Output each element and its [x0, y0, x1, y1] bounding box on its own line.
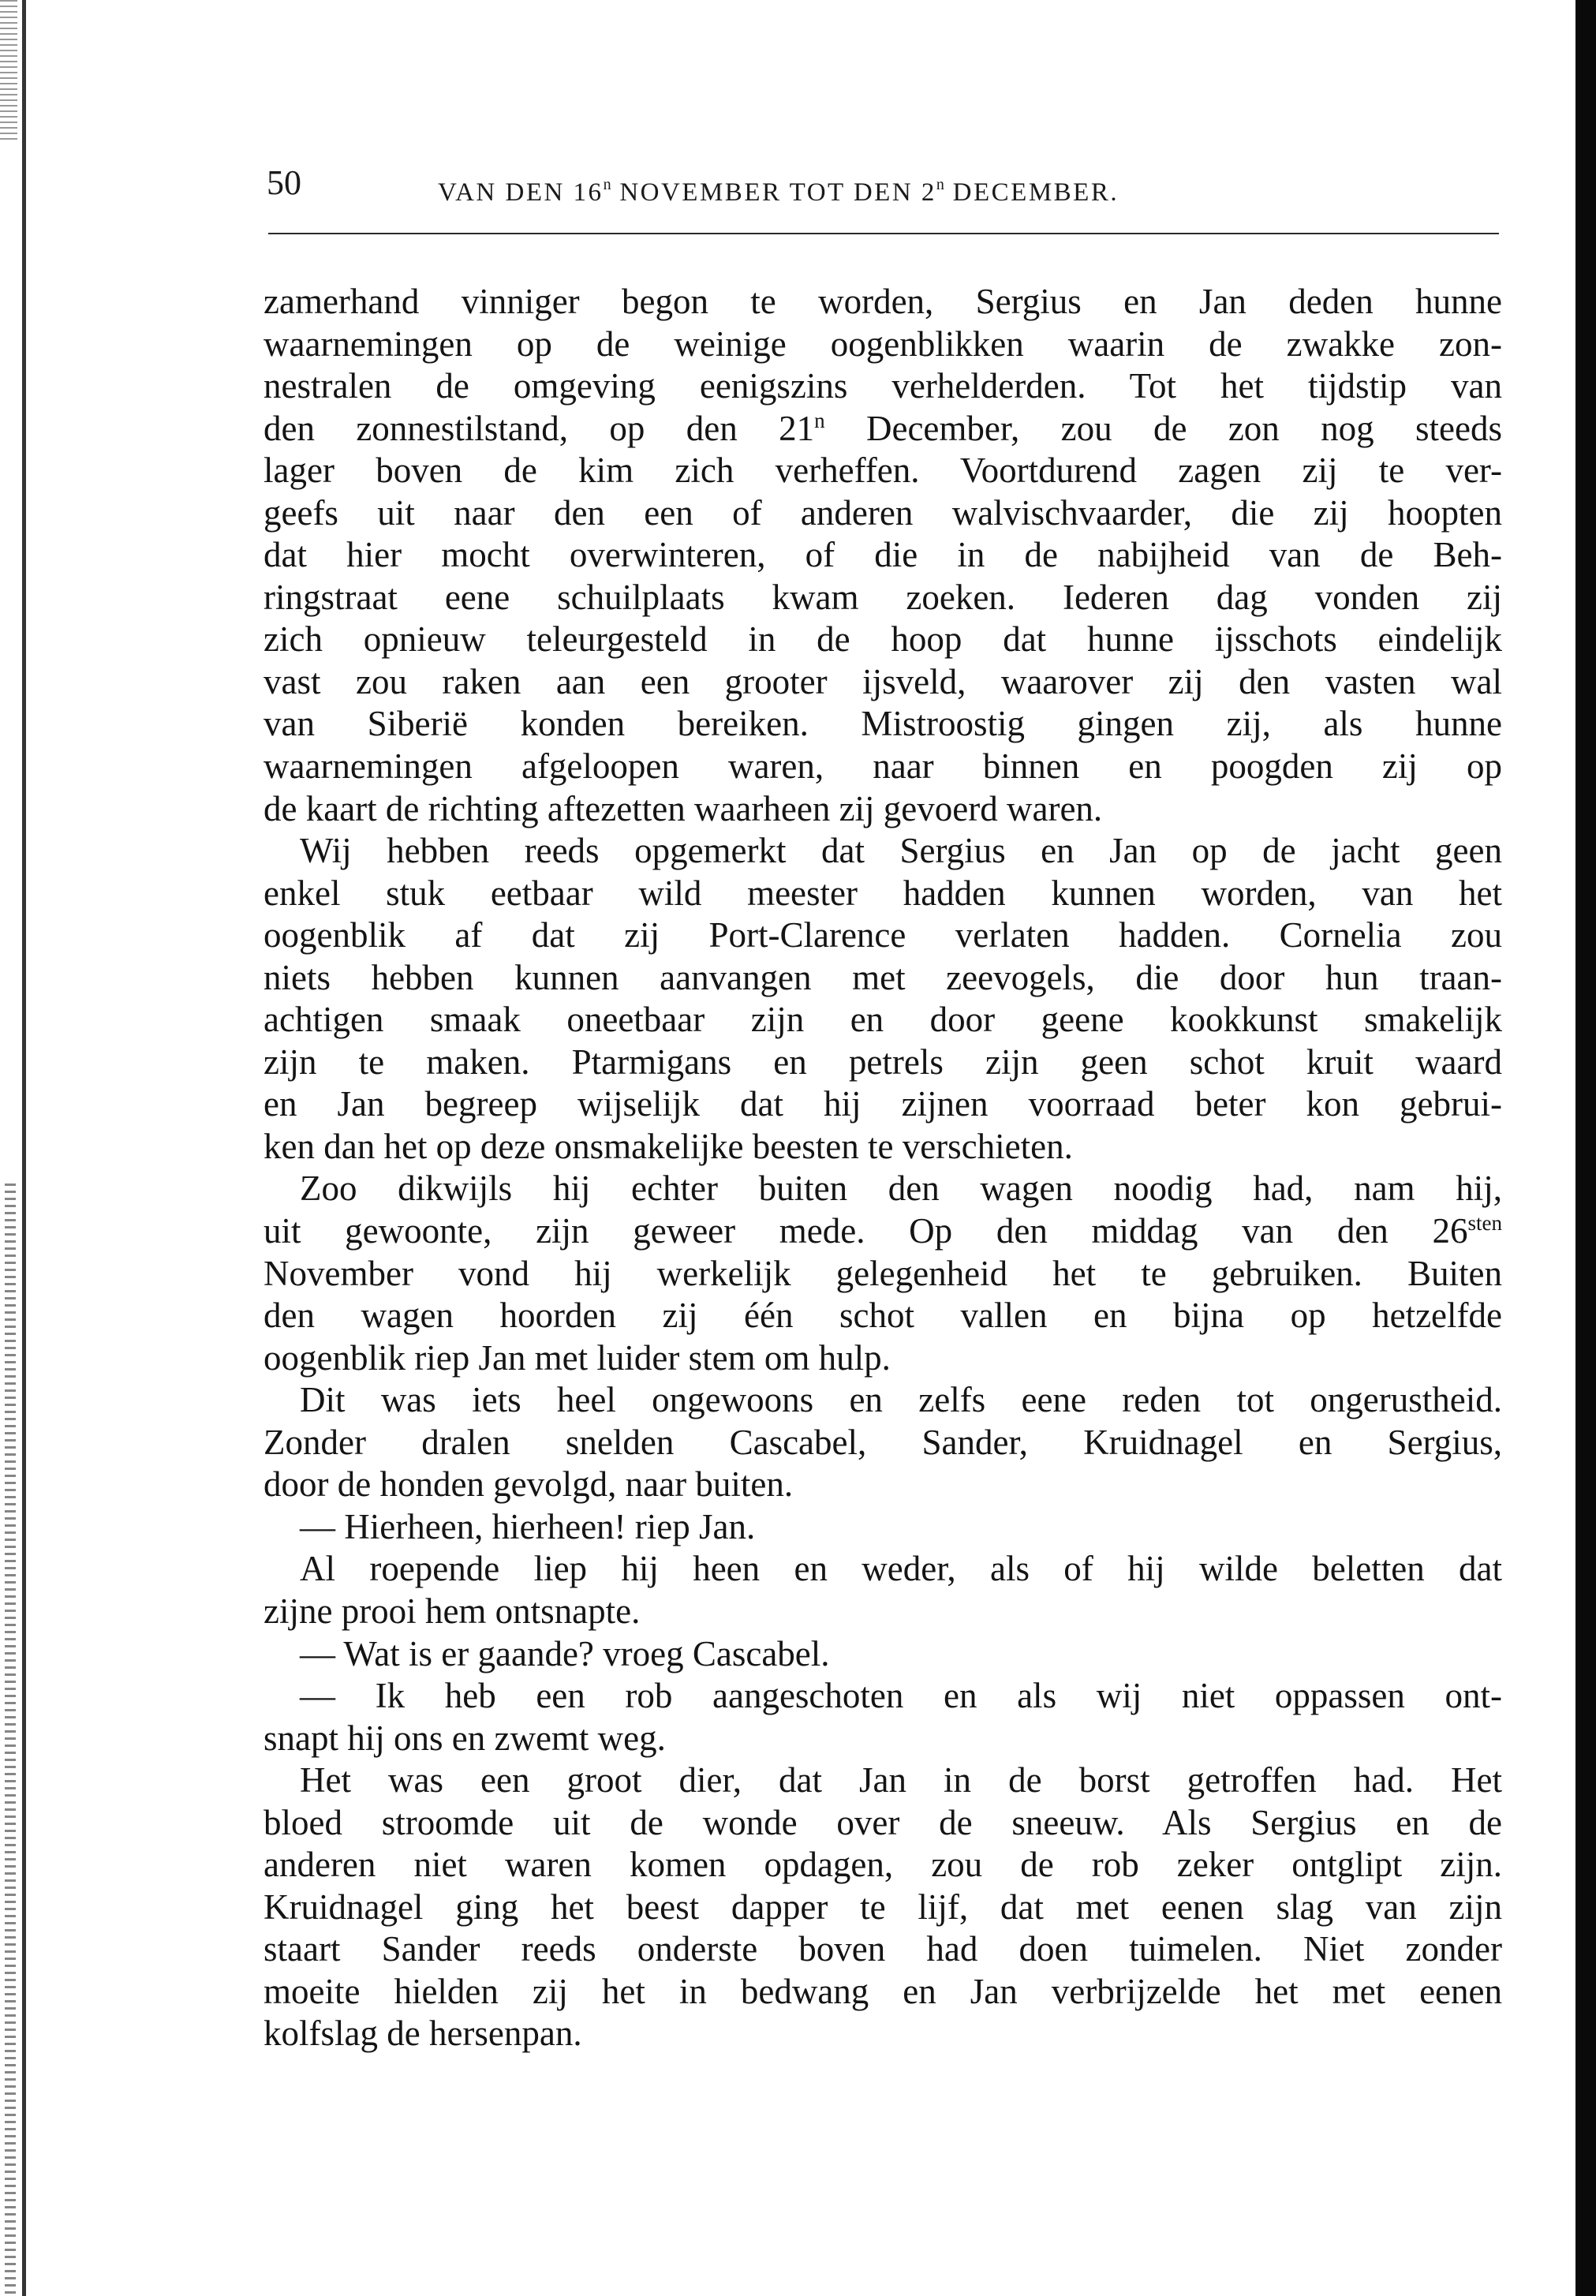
- text-line: — Wat is er gaande? vroeg Cascabel.: [264, 1633, 1502, 1676]
- text-line: Wij hebben reeds opgemerkt dat Sergius e…: [264, 830, 1502, 873]
- text-line: oogenblik af dat zij Port-Clarence verla…: [264, 914, 1502, 957]
- text-line: vast zou raken aan een grooter ijsveld, …: [264, 661, 1502, 704]
- text-line: anderen niet waren komen opdagen, zou de…: [264, 1844, 1502, 1887]
- running-title: VAN DEN 16n NOVEMBER TOT DEN 2n DECEMBER…: [438, 164, 1119, 213]
- text-line: lager boven de kim zich verheffen. Voort…: [264, 450, 1502, 492]
- text-line: moeite hielden zij het in bedwang en Jan…: [264, 1971, 1502, 2014]
- text-line: oogenblik riep Jan met luider stem om hu…: [264, 1337, 1502, 1380]
- book-page: 50 VAN DEN 16n NOVEMBER TOT DEN 2n DECEM…: [0, 0, 1596, 2296]
- text-line: van Siberië konden bereiken. Mistroostig…: [264, 703, 1502, 746]
- text-line: enkel stuk eetbaar wild meester hadden k…: [264, 873, 1502, 915]
- text-line: — Ik heb een rob aangeschoten en als wij…: [264, 1675, 1502, 1718]
- text-line: ringstraat eene schuilplaats kwam zoeken…: [264, 577, 1502, 619]
- text-line: — Hierheen, hierheen! riep Jan.: [264, 1506, 1502, 1549]
- text-line: Al roepende liep hij heen en weder, als …: [264, 1548, 1502, 1591]
- text-line: Zonder dralen snelden Cascabel, Sander, …: [264, 1422, 1502, 1464]
- body-text: zamerhand vinniger begon te worden, Serg…: [264, 281, 1502, 2055]
- scan-border-right: [1575, 0, 1596, 2296]
- text-line: en Jan begreep wijselijk dat hij zijnen …: [264, 1083, 1502, 1126]
- text-line: Zoo dikwijls hij echter buiten den wagen…: [264, 1168, 1502, 1210]
- text-line: November vond hij werkelijk gelegenheid …: [264, 1253, 1502, 1296]
- text-line: bloed stroomde uit de wonde over de snee…: [264, 1802, 1502, 1845]
- page-header: 50 VAN DEN 16n NOVEMBER TOT DEN 2n DECEM…: [267, 159, 1497, 207]
- text-line: den zonnestilstand, op den 21n December,…: [264, 408, 1502, 451]
- text-line: zijne prooi hem ontsnapte.: [264, 1591, 1502, 1633]
- text-line: zamerhand vinniger begon te worden, Serg…: [264, 281, 1502, 323]
- text-line: nestralen de omgeving eenigszins verheld…: [264, 365, 1502, 408]
- text-line: geefs uit naar den een of anderen walvis…: [264, 492, 1502, 535]
- text-line: zijn te maken. Ptarmigans en petrels zij…: [264, 1041, 1502, 1084]
- text-line: ken dan het op deze onsmakelijke beesten…: [264, 1126, 1502, 1169]
- text-line: kolfslag de hersenpan.: [264, 2013, 1502, 2055]
- text-line: zich opnieuw teleurgesteld in de hoop da…: [264, 619, 1502, 661]
- text-line: de kaart de richting aftezetten waarheen…: [264, 788, 1502, 831]
- text-line: waarnemingen afgeloopen waren, naar binn…: [264, 746, 1502, 788]
- header-rule: [268, 233, 1499, 234]
- text-line: Dit was iets heel ongewoons en zelfs een…: [264, 1379, 1502, 1422]
- text-line: door de honden gevolgd, naar buiten.: [264, 1464, 1502, 1506]
- text-line: niets hebben kunnen aanvangen met zeevog…: [264, 957, 1502, 1000]
- text-line: uit gewoonte, zijn geweer mede. Op den m…: [264, 1210, 1502, 1253]
- text-line: snapt hij ons en zwemt weg.: [264, 1718, 1502, 1760]
- text-line: dat hier mocht overwinteren, of die in d…: [264, 534, 1502, 577]
- page-binding-edge: [22, 0, 26, 2296]
- text-line: waarnemingen op de weinige oogenblikken …: [264, 323, 1502, 366]
- scan-noise-left: [5, 1184, 16, 2296]
- text-line: Kruidnagel ging het beest dapper te lijf…: [264, 1887, 1502, 1929]
- scan-noise-left-top: [0, 0, 17, 142]
- text-line: achtigen smaak oneetbaar zijn en door ge…: [264, 999, 1502, 1041]
- text-line: staart Sander reeds onderste boven had d…: [264, 1928, 1502, 1971]
- text-line: den wagen hoorden zij één schot vallen e…: [264, 1295, 1502, 1337]
- text-line: Het was een groot dier, dat Jan in de bo…: [264, 1759, 1502, 1802]
- page-number: 50: [267, 159, 301, 207]
